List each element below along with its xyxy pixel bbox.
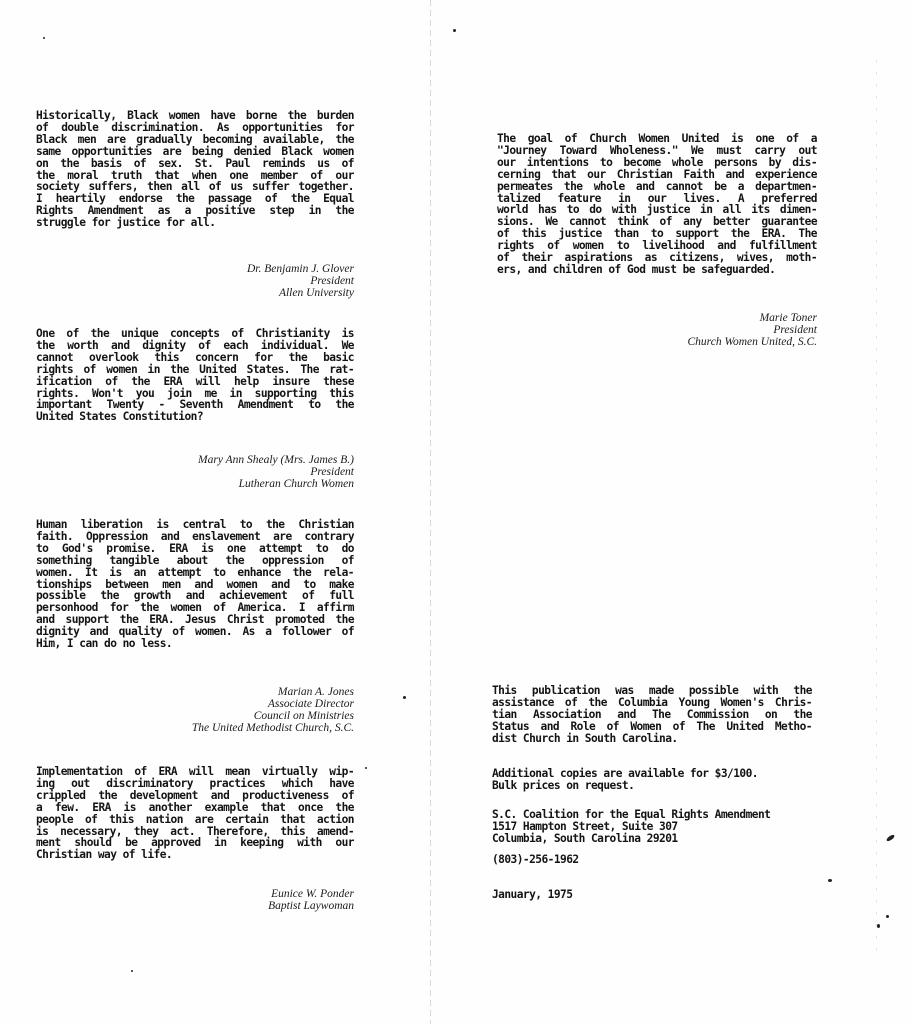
text-line: The United Methodist Church, S.C. xyxy=(100,722,354,734)
text-line: to God's promise. ERA is one attempt to … xyxy=(36,543,354,555)
signature-ponder: Eunice W. PonderBaptist Laywoman xyxy=(200,888,354,912)
scan-speck xyxy=(886,915,889,918)
text-line: Eunice W. Ponder xyxy=(200,888,354,900)
text-line: Black men are gradually becoming availab… xyxy=(36,134,354,146)
text-line: on the basis of sex. St. Paul reminds us… xyxy=(36,158,354,170)
text-line: permeates the whole and cannot be a depa… xyxy=(497,181,817,193)
text-line: something tangible about the oppression … xyxy=(36,555,354,567)
text-line: a few. ERA is another example that once … xyxy=(36,802,354,814)
text-line: Christian way of life. xyxy=(36,849,354,861)
phone-number: (803)-256-1962 xyxy=(492,854,579,866)
scan-speck xyxy=(886,834,896,842)
text-line: President xyxy=(130,275,354,287)
text-line: cerning that our Christian Faith and exp… xyxy=(497,169,817,181)
scan-speck xyxy=(828,879,832,882)
text-line: people of this nation are certain that a… xyxy=(36,814,354,826)
text-line: Columbia, South Carolina 29201 xyxy=(492,833,770,845)
text-line: cannot overlook this concern for the bas… xyxy=(36,352,354,364)
scan-speck xyxy=(877,924,880,928)
scan-speck xyxy=(403,696,406,699)
text-line: Him, I can do no less. xyxy=(36,638,354,650)
statement-glover: Historically, Black women have borne the… xyxy=(36,110,354,229)
text-line: women. It is an attempt to enhance the r… xyxy=(36,567,354,579)
scan-speck xyxy=(131,970,133,972)
text-line: our intentions to become whole persons b… xyxy=(497,157,817,169)
text-line: Marian A. Jones xyxy=(100,686,354,698)
text-line: Allen University xyxy=(130,287,354,299)
scan-speck xyxy=(365,767,367,769)
signature-shealy: Mary Ann Shealy (Mrs. James B.)President… xyxy=(100,454,354,490)
text-line: tian Association and The Commission on t… xyxy=(492,709,812,721)
signature-jones: Marian A. JonesAssociate DirectorCouncil… xyxy=(100,686,354,734)
coalition-address: S.C. Coalition for the Equal Rights Amen… xyxy=(492,809,770,845)
right-edge-mark xyxy=(876,60,877,960)
date-text: January, 1975 xyxy=(492,889,572,901)
statement-ponder: Implementation of ERA will mean virtuall… xyxy=(36,766,354,861)
text-line: same opportunities are being denied Blac… xyxy=(36,146,354,158)
signature-toner: Marie TonerPresidentChurch Women United,… xyxy=(600,312,817,348)
publication-date: January, 1975 xyxy=(492,889,572,901)
additional-copies-note: Additional copies are available for $3/1… xyxy=(492,768,758,792)
text-line: Status and Role of Women of The United M… xyxy=(492,721,812,733)
text-line: Associate Director xyxy=(100,698,354,710)
text-line: Bulk prices on request. xyxy=(492,780,758,792)
text-line: Church Women United, S.C. xyxy=(600,336,817,348)
text-line: Lutheran Church Women xyxy=(100,478,354,490)
statement-toner: The goal of Church Women United is one o… xyxy=(497,133,817,276)
text-line: dist Church in South Carolina. xyxy=(492,733,812,745)
text-line: ers, and children of God must be safegua… xyxy=(497,264,817,276)
signature-glover: Dr. Benjamin J. GloverPresidentAllen Uni… xyxy=(130,263,354,299)
text-line: crippled the development and productiven… xyxy=(36,790,354,802)
scan-speck xyxy=(43,37,45,39)
text-line: President xyxy=(100,466,354,478)
phone-text: (803)-256-1962 xyxy=(492,854,579,866)
text-line: Mary Ann Shealy (Mrs. James B.) xyxy=(100,454,354,466)
text-line: President xyxy=(600,324,817,336)
scan-speck xyxy=(453,29,456,32)
text-line: ification of the ERA will help insure th… xyxy=(36,376,354,388)
text-line: rights of women in the United States. Th… xyxy=(36,364,354,376)
text-line: Marie Toner xyxy=(600,312,817,324)
statement-shealy: One of the unique concepts of Christiani… xyxy=(36,328,354,423)
center-fold-line xyxy=(430,0,431,1024)
text-line: Council on Ministries xyxy=(100,710,354,722)
publication-credits: This publication was made possible with … xyxy=(492,685,812,745)
text-line: Dr. Benjamin J. Glover xyxy=(130,263,354,275)
statement-jones: Human liberation is central to the Chris… xyxy=(36,519,354,650)
text-line: struggle for justice for all. xyxy=(36,217,354,229)
text-line: Baptist Laywoman xyxy=(200,900,354,912)
scanned-document-page: Historically, Black women have borne the… xyxy=(0,0,913,1024)
text-line: United States Constitution? xyxy=(36,411,354,423)
